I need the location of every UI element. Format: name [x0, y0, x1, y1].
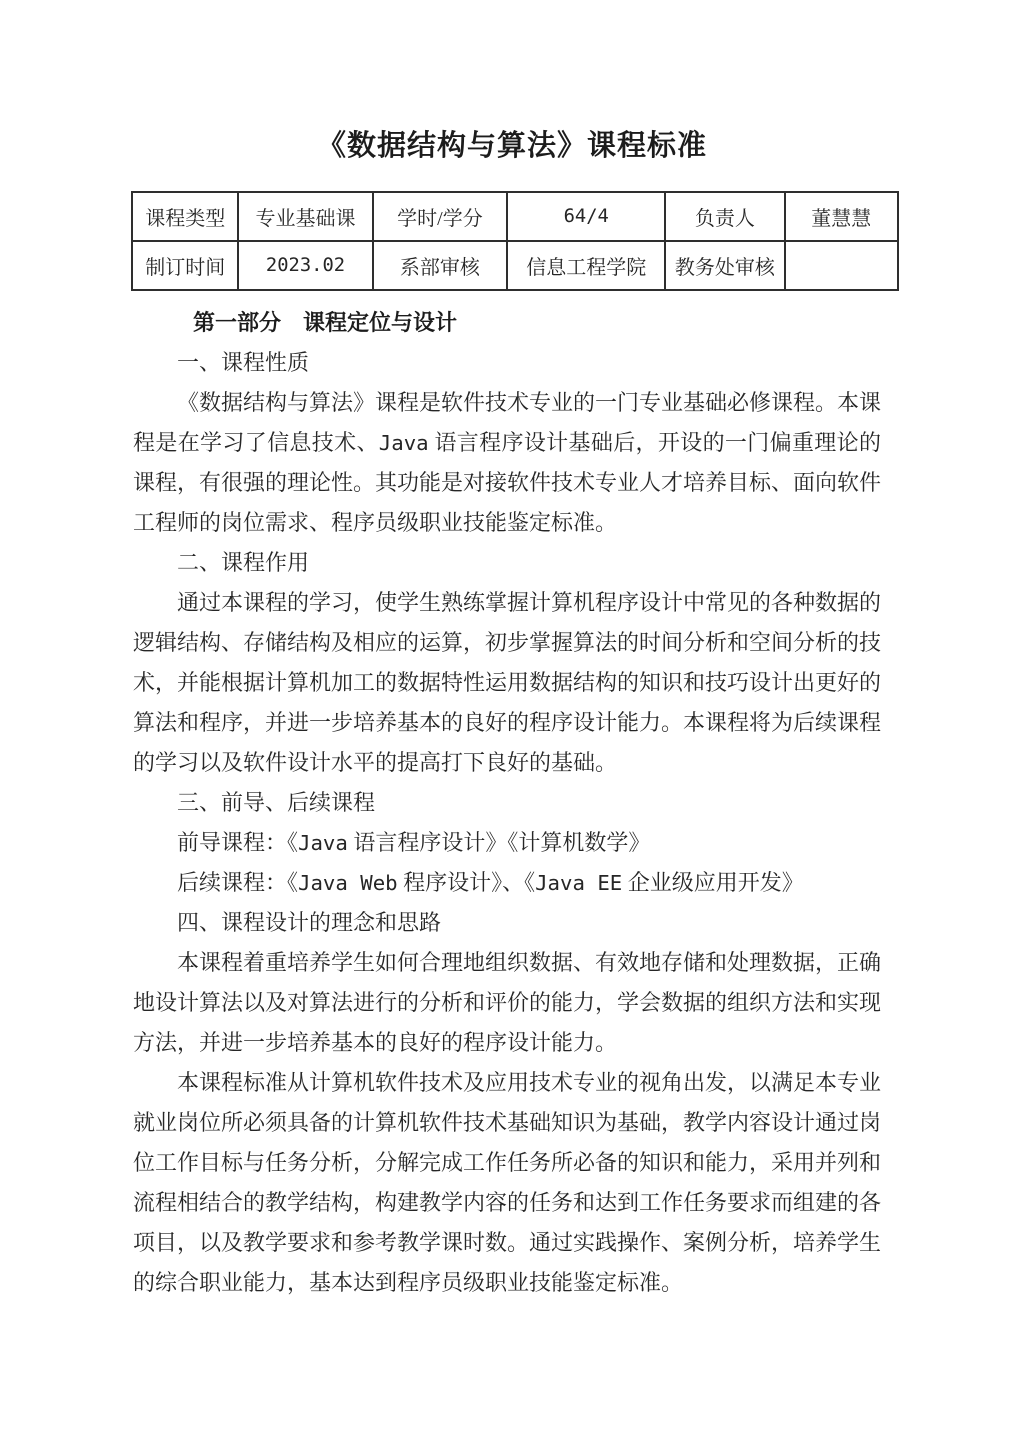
paragraph: 本课程着重培养学生如何合理地组织数据、有效地存储和处理数据，正确地设计算法以及对… [133, 943, 881, 1063]
paragraph: 后续课程：《Java Web 程序设计》、《Java EE 企业级应用开发》 [133, 863, 881, 903]
table-cell: 董慧慧 [785, 192, 898, 241]
table-cell [785, 241, 898, 290]
latin-text: Java Web [298, 871, 398, 895]
latin-text: 2023.02 [266, 255, 345, 276]
table-cell: 负责人 [665, 192, 784, 241]
table-cell: 课程类型 [132, 192, 238, 241]
paragraph: 前导课程：《Java 语言程序设计》《计算机数学》 [133, 823, 881, 863]
document-page: 《数据结构与算法》课程标准 课程类型专业基础课学时/学分64/4负责人董慧慧制订… [0, 0, 1024, 1448]
sub-heading: 二、课程作用 [133, 543, 881, 583]
table-cell: 教务处审核 [665, 241, 784, 290]
latin-text: 64/4 [564, 206, 609, 227]
latin-text: Java [379, 431, 429, 455]
table-row: 制订时间2023.02系部审核信息工程学院教务处审核 [132, 241, 898, 290]
table-cell: 信息工程学院 [507, 241, 665, 290]
paragraph: 《数据结构与算法》课程是软件技术专业的一门专业基础必修课程。本课程是在学习了信息… [133, 383, 881, 543]
table-cell: 专业基础课 [238, 192, 372, 241]
part-heading: 第一部分 课程定位与设计 [133, 303, 881, 343]
paragraph: 本课程标准从计算机软件技术及应用技术专业的视角出发，以满足本专业就业岗位所必须具… [133, 1063, 881, 1303]
sub-heading: 一、课程性质 [133, 343, 881, 383]
table-row: 课程类型专业基础课学时/学分64/4负责人董慧慧 [132, 192, 898, 241]
latin-text: Java EE [535, 871, 622, 895]
table-cell: 系部审核 [373, 241, 508, 290]
course-info-table: 课程类型专业基础课学时/学分64/4负责人董慧慧制订时间2023.02系部审核信… [131, 191, 899, 291]
document-title: 《数据结构与算法》课程标准 [0, 126, 1024, 166]
table-cell: 学时/学分 [373, 192, 508, 241]
latin-text: Java [298, 831, 348, 855]
document-body: 第一部分 课程定位与设计一、课程性质《数据结构与算法》课程是软件技术专业的一门专… [133, 303, 881, 1303]
table-cell: 64/4 [507, 192, 665, 241]
paragraph: 通过本课程的学习，使学生熟练掌握计算机程序设计中常见的各种数据的逻辑结构、存储结… [133, 583, 881, 783]
sub-heading: 三、前导、后续课程 [133, 783, 881, 823]
course-info-table-body: 课程类型专业基础课学时/学分64/4负责人董慧慧制订时间2023.02系部审核信… [132, 192, 898, 290]
sub-heading: 四、课程设计的理念和思路 [133, 903, 881, 943]
table-cell: 2023.02 [238, 241, 372, 290]
table-cell: 制订时间 [132, 241, 238, 290]
